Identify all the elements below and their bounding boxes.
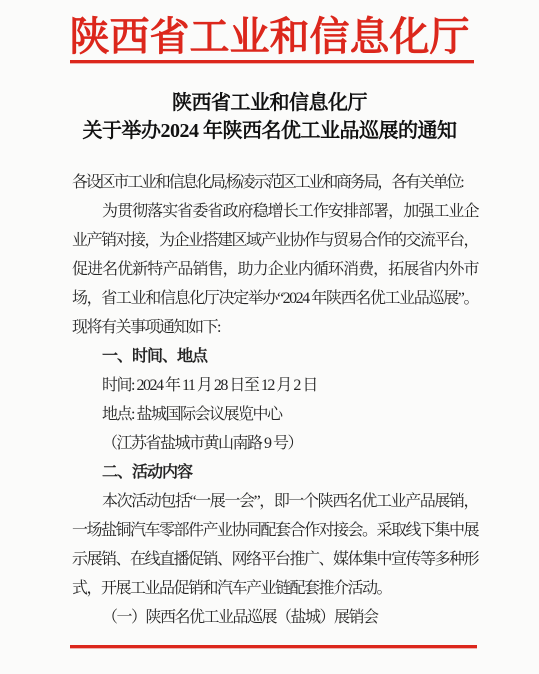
document-title-line-1: 陕西省工业和信息化厅: [0, 89, 539, 117]
document-title-line-2: 关于举办2024 年陕西名优工业品巡展的通知: [0, 117, 539, 145]
agency-name: 陕西省工业和信息化厅: [0, 14, 539, 60]
subsection-1-heading: （一）陕西名优工业品巡展（盐城）展销会: [72, 603, 478, 632]
activities-paragraph: 本次活动包括“一展一会”，即一个陕西名优工业产品展销，一场盐铜汽车零部件产业协同…: [72, 487, 478, 603]
footer-divider-rule: [70, 645, 477, 648]
document-title: 陕西省工业和信息化厅 关于举办2024 年陕西名优工业品巡展的通知: [0, 89, 539, 145]
event-time-line: 时间: 2024 年 11 月 28 日至 12 月 2 日: [72, 371, 478, 400]
event-venue-line: 地点: 盐城国际会议展览中心: [72, 400, 478, 429]
section-1-heading: 一、时间、地点: [72, 342, 478, 371]
document-body: 各设区市工业和信息化局,杨凌示范区工业和商务局，各有关单位: 为贯彻落实省委省政…: [72, 168, 478, 632]
venue-address-line: （江苏省盐城市黄山南路 9 号）: [72, 429, 478, 458]
section-2-heading: 二、活动内容: [72, 458, 478, 487]
salutation-line: 各设区市工业和信息化局,杨凌示范区工业和商务局，各有关单位:: [72, 168, 478, 197]
letterhead-divider-rule: [70, 60, 474, 63]
intro-paragraph: 为贯彻落实省委省政府稳增长工作安排部署，加强工业企业产销对接，为企业搭建区域产业…: [72, 197, 478, 342]
document-page: 陕西省工业和信息化厅 陕西省工业和信息化厅 关于举办2024 年陕西名优工业品巡…: [0, 0, 539, 674]
